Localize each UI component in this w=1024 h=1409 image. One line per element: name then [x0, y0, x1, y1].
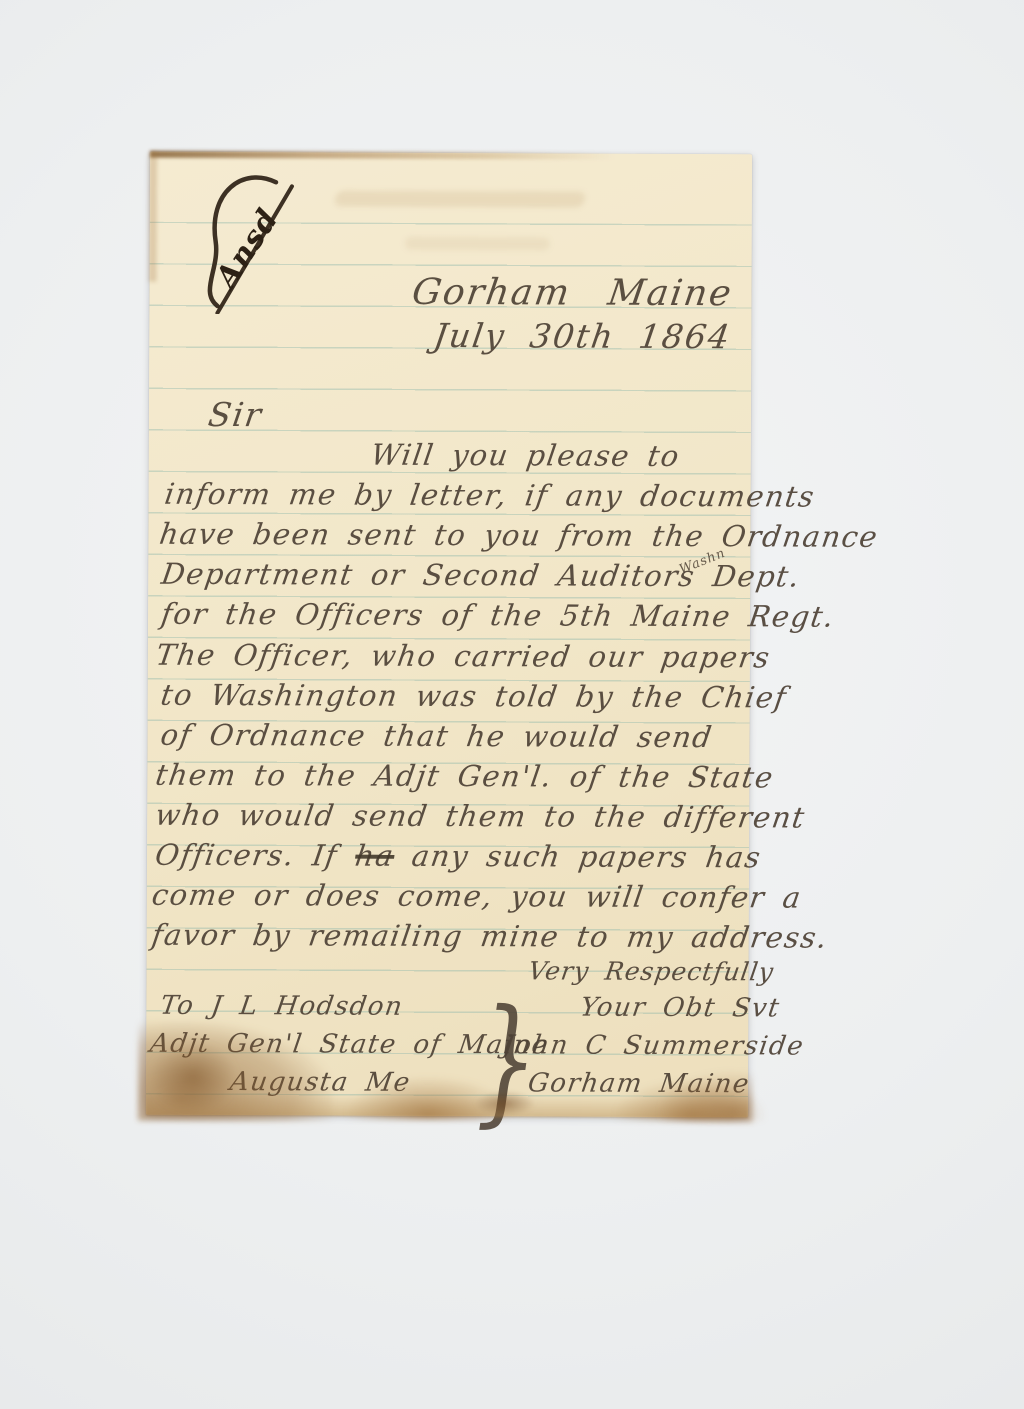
letter-body-line: for the Officers of the 5th Maine Regt. — [159, 597, 837, 634]
answered-annotation-text: Ansd — [207, 203, 286, 297]
letter-body-line: inform me by letter, if any documents — [163, 477, 818, 514]
left-edge-stain — [149, 152, 158, 282]
top-edge-stain — [150, 151, 615, 160]
struck-out-word: ha — [353, 839, 397, 873]
letter-paper: Ansd Gorham Maine July 30th 1864 Sir Wil… — [146, 152, 752, 1118]
letter-body-line: come or does come, you will confer a — [150, 878, 804, 915]
letter-body-line: The Officer, who carried our papers — [154, 638, 773, 675]
letter-body-line: Officers. If ha any such papers has — [153, 838, 764, 875]
signature-place: Gorham Maine — [526, 1068, 752, 1099]
signature-name: John C Summerside — [501, 1030, 806, 1061]
dateline-date: July 30th 1864 — [431, 316, 734, 356]
letter-body-line: favor by remailing mine to my address. — [150, 918, 831, 955]
showthrough-ghost-text — [405, 237, 550, 251]
recipient-city: Augusta Me — [228, 1067, 413, 1098]
letter-body-line: Will you please to — [369, 438, 683, 473]
recipient-name: To J L Hodsdon — [158, 991, 405, 1022]
dateline-place: Gorham Maine — [409, 272, 735, 314]
letter-body-line: them to the Adjt Gen'l. of the State — [153, 758, 776, 795]
salutation: Sir — [206, 395, 265, 434]
letter-body-line: to Washington was told by the Chief — [159, 678, 790, 715]
showthrough-ghost-text — [333, 191, 586, 208]
letter-body-line: have been sent to you from the Ordnance — [157, 517, 880, 554]
letter-body-line: who would send them to the different — [153, 798, 808, 835]
answered-annotation: Ansd — [187, 164, 313, 315]
valediction: Very Respectfully — [526, 956, 776, 986]
letter-body-line: of Ordnance that he would send — [158, 718, 715, 754]
signature-salutation: Your Obt Svt — [578, 993, 782, 1024]
letter-body: Will you please toinform me by letter, i… — [150, 152, 752, 155]
